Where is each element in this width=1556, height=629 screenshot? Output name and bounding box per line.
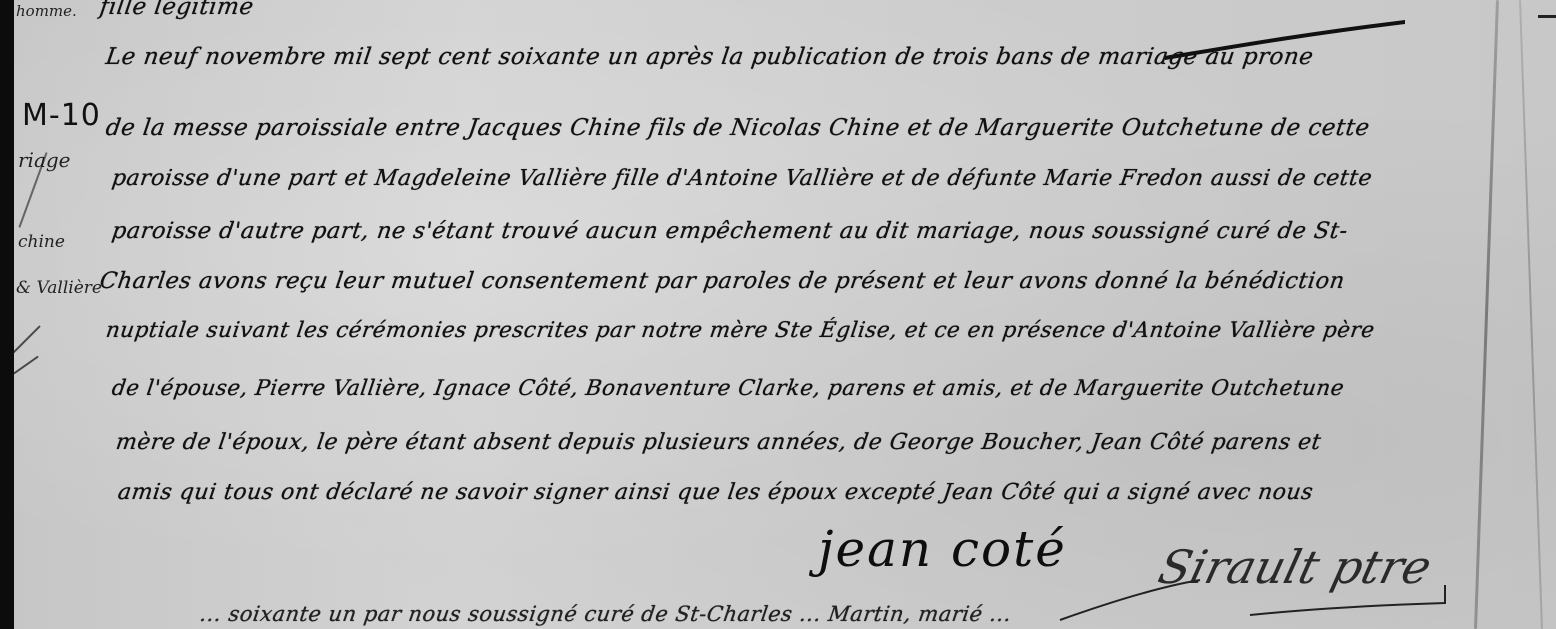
text-line-6: nuptiale suivant les cérémonies prescrit… [104,318,1376,343]
text-line-7: de l'épouse, Pierre Vallière, Ignace Côt… [110,376,1346,401]
text-line-10: ... soixante un par nous soussigné curé … [198,602,1013,626]
text-line-3: paroisse d'une part et Magdeleine Valliè… [110,166,1374,191]
record-number: M-10 [22,98,101,133]
margin-note-groom: chine [18,232,65,252]
text-line-2: de la messe paroissiale entre Jacques Ch… [104,115,1371,141]
ruler-mark [1538,15,1556,18]
strike-through-stroke [1165,20,1405,60]
text-line-4: paroisse d'autre part, ne s'étant trouvé… [110,218,1349,244]
margin-note-bride: & Vallière [16,278,102,298]
page-edge-line [1519,0,1543,629]
text-line-0: fille légitime [98,0,255,20]
signature-jean-cote: jean coté [818,520,1067,578]
page-fold-line [1474,0,1499,629]
text-line-9: amis qui tous ont déclaré ne savoir sign… [116,480,1315,505]
text-line-1: Le neuf novembre mil sept cent soixante … [104,44,1315,70]
scan-left-border [0,0,14,629]
margin-pen-stroke [11,325,41,355]
signature-flourish [1050,565,1450,625]
margin-pen-stroke [13,356,39,375]
text-line-8: mère de l'époux, le père étant absent de… [114,430,1323,455]
text-line-5: Charles avons reçu leur mutuel consentem… [98,268,1346,294]
margin-note-top: homme. [16,2,77,20]
scanned-register-page: homme. M-10 riage chine & Vallière fille… [0,0,1556,629]
